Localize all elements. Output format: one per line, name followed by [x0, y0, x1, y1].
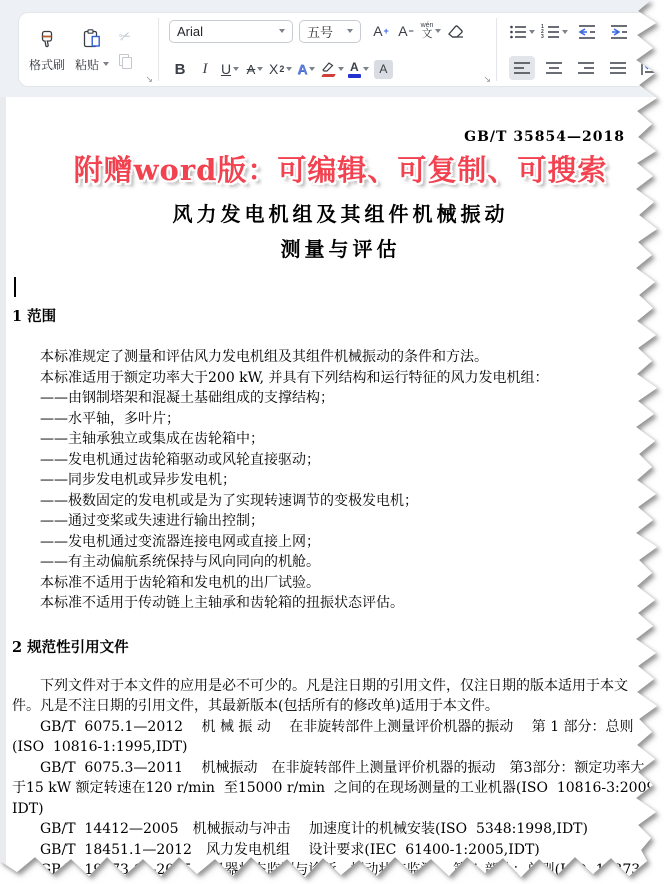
font-color-button[interactable]: A — [347, 57, 369, 81]
text-line: 本标准规定了测量和评估风力发电机组及其组件机械振动的条件和方法。 — [12, 347, 669, 368]
format-painter-icon — [35, 27, 59, 51]
application-window: 格式刷 粘贴 — [0, 0, 669, 884]
align-center-button[interactable] — [541, 56, 567, 80]
pinyin-icon: wén 文 — [421, 22, 434, 40]
eraser-icon — [446, 22, 466, 40]
font-size-select[interactable]: 五号 — [299, 20, 361, 43]
paragraph-group: 1 2 3 — [497, 13, 669, 86]
underline-button[interactable]: U — [219, 57, 241, 81]
text-line: 本标准不适用于传动链上主轴承和齿轮箱的扭振状态评估。 — [12, 593, 669, 614]
text-caret — [14, 277, 16, 297]
decrease-font-button[interactable]: A− — [395, 19, 417, 43]
paste-label: 粘贴 — [75, 56, 109, 73]
clipboard-dialog-launcher[interactable]: ↘ — [145, 75, 153, 84]
standard-code: GB/T 35854—2018 — [12, 129, 669, 145]
font-dialog-launcher[interactable]: ↘ — [483, 75, 491, 84]
increase-indent-icon — [609, 24, 629, 40]
text-line: ——极数固定的发电机或是为了实现转速调节的变极发电机； — [12, 491, 669, 512]
font-size-value: 五号 — [307, 22, 333, 41]
chevron-down-icon — [279, 29, 285, 33]
text-line: ——由钢制塔架和混凝土基础组成的支撑结构； — [12, 388, 669, 409]
empty-line — [12, 277, 669, 299]
text-line: GB/T 18451.1—2012 风力发电机组 设计要求(IEC 61400-… — [12, 840, 669, 861]
ribbon-toolbar: 格式刷 粘贴 — [0, 0, 669, 97]
text-line: 本标准适用于额定功率大于200 kW, 并具有下列结构和运行特征的风力发电机组： — [12, 368, 669, 389]
text-line: ——同步发电机或异步发电机； — [12, 470, 669, 491]
strikethrough-button[interactable]: A — [244, 57, 266, 81]
increase-font-button[interactable]: A+ — [370, 19, 392, 43]
text-effects-icon: A — [297, 61, 307, 77]
chevron-down-icon — [338, 67, 344, 71]
bullet-list-icon — [509, 24, 527, 40]
character-shading-button[interactable]: A — [372, 57, 394, 81]
text-line: GB/T 6075.3—2011 机械振动 在非旋转部件上测量评价机器的振动 第… — [12, 758, 669, 779]
align-right-button[interactable] — [573, 56, 599, 80]
ribbon-panel: 格式刷 粘贴 — [18, 12, 669, 87]
font-family-value: Arial — [177, 24, 203, 39]
cut-icon: ✂ — [117, 27, 133, 44]
document-title-line1: 风力发电机组及其组件机械振动 — [12, 198, 669, 227]
text-line: ——发电机通过变流器连接电网或直接上网； — [12, 532, 669, 553]
text-line: ——水平轴，多叶片； — [12, 409, 669, 430]
document-area: GB/T 35854—2018 附赠word版：可编辑、可复制、可搜索 风力发电… — [0, 97, 669, 884]
copy-icon — [119, 54, 130, 67]
para-row-1: 1 2 3 — [509, 20, 669, 44]
superscript-button[interactable]: X2 — [269, 57, 292, 81]
numbered-list-icon: 1 2 3 — [541, 25, 544, 39]
text-line: IDT) — [12, 799, 669, 820]
paste-button[interactable]: 粘贴 — [75, 27, 109, 73]
chevron-down-icon — [529, 30, 535, 34]
promo-banner: 附赠word版：可编辑、可复制、可搜索 — [12, 148, 669, 189]
format-painter-label: 格式刷 — [29, 56, 65, 73]
format-painter-button[interactable]: 格式刷 — [29, 27, 65, 73]
section-heading-1: 1 范围 — [12, 305, 669, 326]
distributed-icon — [640, 60, 660, 76]
justify-button[interactable] — [605, 56, 631, 80]
numbered-list-button[interactable]: 1 2 3 — [541, 20, 568, 44]
document-title-line2: 测量与评估 — [12, 233, 669, 262]
bold-button[interactable]: B — [169, 57, 191, 81]
font-group: Arial 五号 A+ A− wén — [159, 13, 496, 86]
chevron-down-icon — [347, 29, 353, 33]
character-shading-icon: A — [374, 60, 393, 79]
chevron-down-icon — [309, 67, 315, 71]
distributed-button[interactable] — [637, 56, 663, 80]
text-effects-button[interactable]: A — [295, 57, 317, 81]
bullet-list-button[interactable] — [509, 20, 535, 44]
torn-page-shadow: 格式刷 粘贴 — [0, 0, 669, 884]
text-line: GB/T 14412—2005 机械振动与冲击 加速度计的机械安装(ISO 53… — [12, 819, 669, 840]
document-page[interactable]: GB/T 35854—2018 附赠word版：可编辑、可复制、可搜索 风力发电… — [6, 97, 669, 884]
decrease-indent-button[interactable] — [574, 20, 600, 44]
text-line: 下列文件对于本文件的应用是必不可少的。凡是注日期的引用文件，仅注日期的版本适用于… — [12, 676, 669, 697]
text-line: (ISO 10816-1:1995,IDT) — [12, 737, 669, 758]
section-2-body: 下列文件对于本文件的应用是必不可少的。凡是注日期的引用文件，仅注日期的版本适用于… — [12, 676, 669, 881]
cut-copy-column: ✂ — [119, 29, 131, 70]
highlight-color-button[interactable] — [320, 57, 344, 81]
text-line: 件。凡是不注日期的引用文件，其最新版本(包括所有的修改单)适用于本文件。 — [12, 696, 669, 717]
chevron-down-icon — [233, 67, 239, 71]
align-center-icon — [545, 61, 563, 75]
para-row-2 — [509, 56, 669, 80]
align-left-button[interactable] — [509, 56, 535, 80]
decrease-indent-icon — [577, 24, 597, 40]
align-right-icon — [577, 61, 595, 75]
section-heading-2: 2 规范性引用文件 — [12, 636, 669, 657]
increase-indent-button[interactable] — [606, 20, 632, 44]
font-family-select[interactable]: Arial — [169, 20, 293, 43]
chevron-down-icon — [562, 30, 568, 34]
text-line: GB/T 6075.1—2012 机 械 振 动 在非旋转部件上测量评价机器的振… — [12, 717, 669, 738]
clipboard-group: 格式刷 粘贴 — [19, 13, 158, 86]
italic-button[interactable]: I — [194, 57, 216, 81]
chevron-down-icon — [435, 29, 441, 33]
chevron-down-icon — [103, 62, 109, 66]
text-line: GB/T 19873.1—2005 机器状态监测与诊断 振动状态监测 第 1 部… — [12, 860, 669, 881]
font-color-icon: A — [348, 61, 361, 78]
font-row-1: Arial 五号 A+ A− wén — [169, 19, 492, 43]
font-row-2: B I U A X2 A — [169, 57, 492, 81]
align-left-icon — [513, 61, 531, 75]
copy-button[interactable] — [119, 54, 130, 70]
cut-button[interactable]: ✂ — [119, 29, 131, 44]
text-line: ——主轴承独立或集成在齿轮箱中； — [12, 429, 669, 450]
chevron-down-icon — [363, 67, 369, 71]
text-line: 于15 kW 额定转速在120 r/min 至15000 r/min 之间的在现… — [12, 778, 669, 799]
text-line: ——有主动偏航系统保持与风向同向的机舱。 — [12, 552, 669, 573]
text-line: 本标准不适用于齿轮箱和发电机的出厂试验。 — [12, 573, 669, 594]
section-1-body: 本标准规定了测量和评估风力发电机组及其组件机械振动的条件和方法。 本标准适用于额… — [12, 347, 669, 614]
clear-format-button[interactable] — [445, 19, 467, 43]
pinyin-guide-button[interactable]: wén 文 — [420, 19, 442, 43]
torn-page: 格式刷 粘贴 — [0, 0, 669, 884]
chevron-down-icon — [257, 67, 263, 71]
text-line: ——发电机通过齿轮箱驱动或风轮直接驱动； — [12, 450, 669, 471]
justify-icon — [609, 61, 627, 75]
paste-icon — [80, 27, 104, 51]
text-line: ——通过变桨或失速进行输出控制； — [12, 511, 669, 532]
chevron-down-icon — [286, 67, 292, 71]
highlighter-icon — [320, 61, 336, 77]
